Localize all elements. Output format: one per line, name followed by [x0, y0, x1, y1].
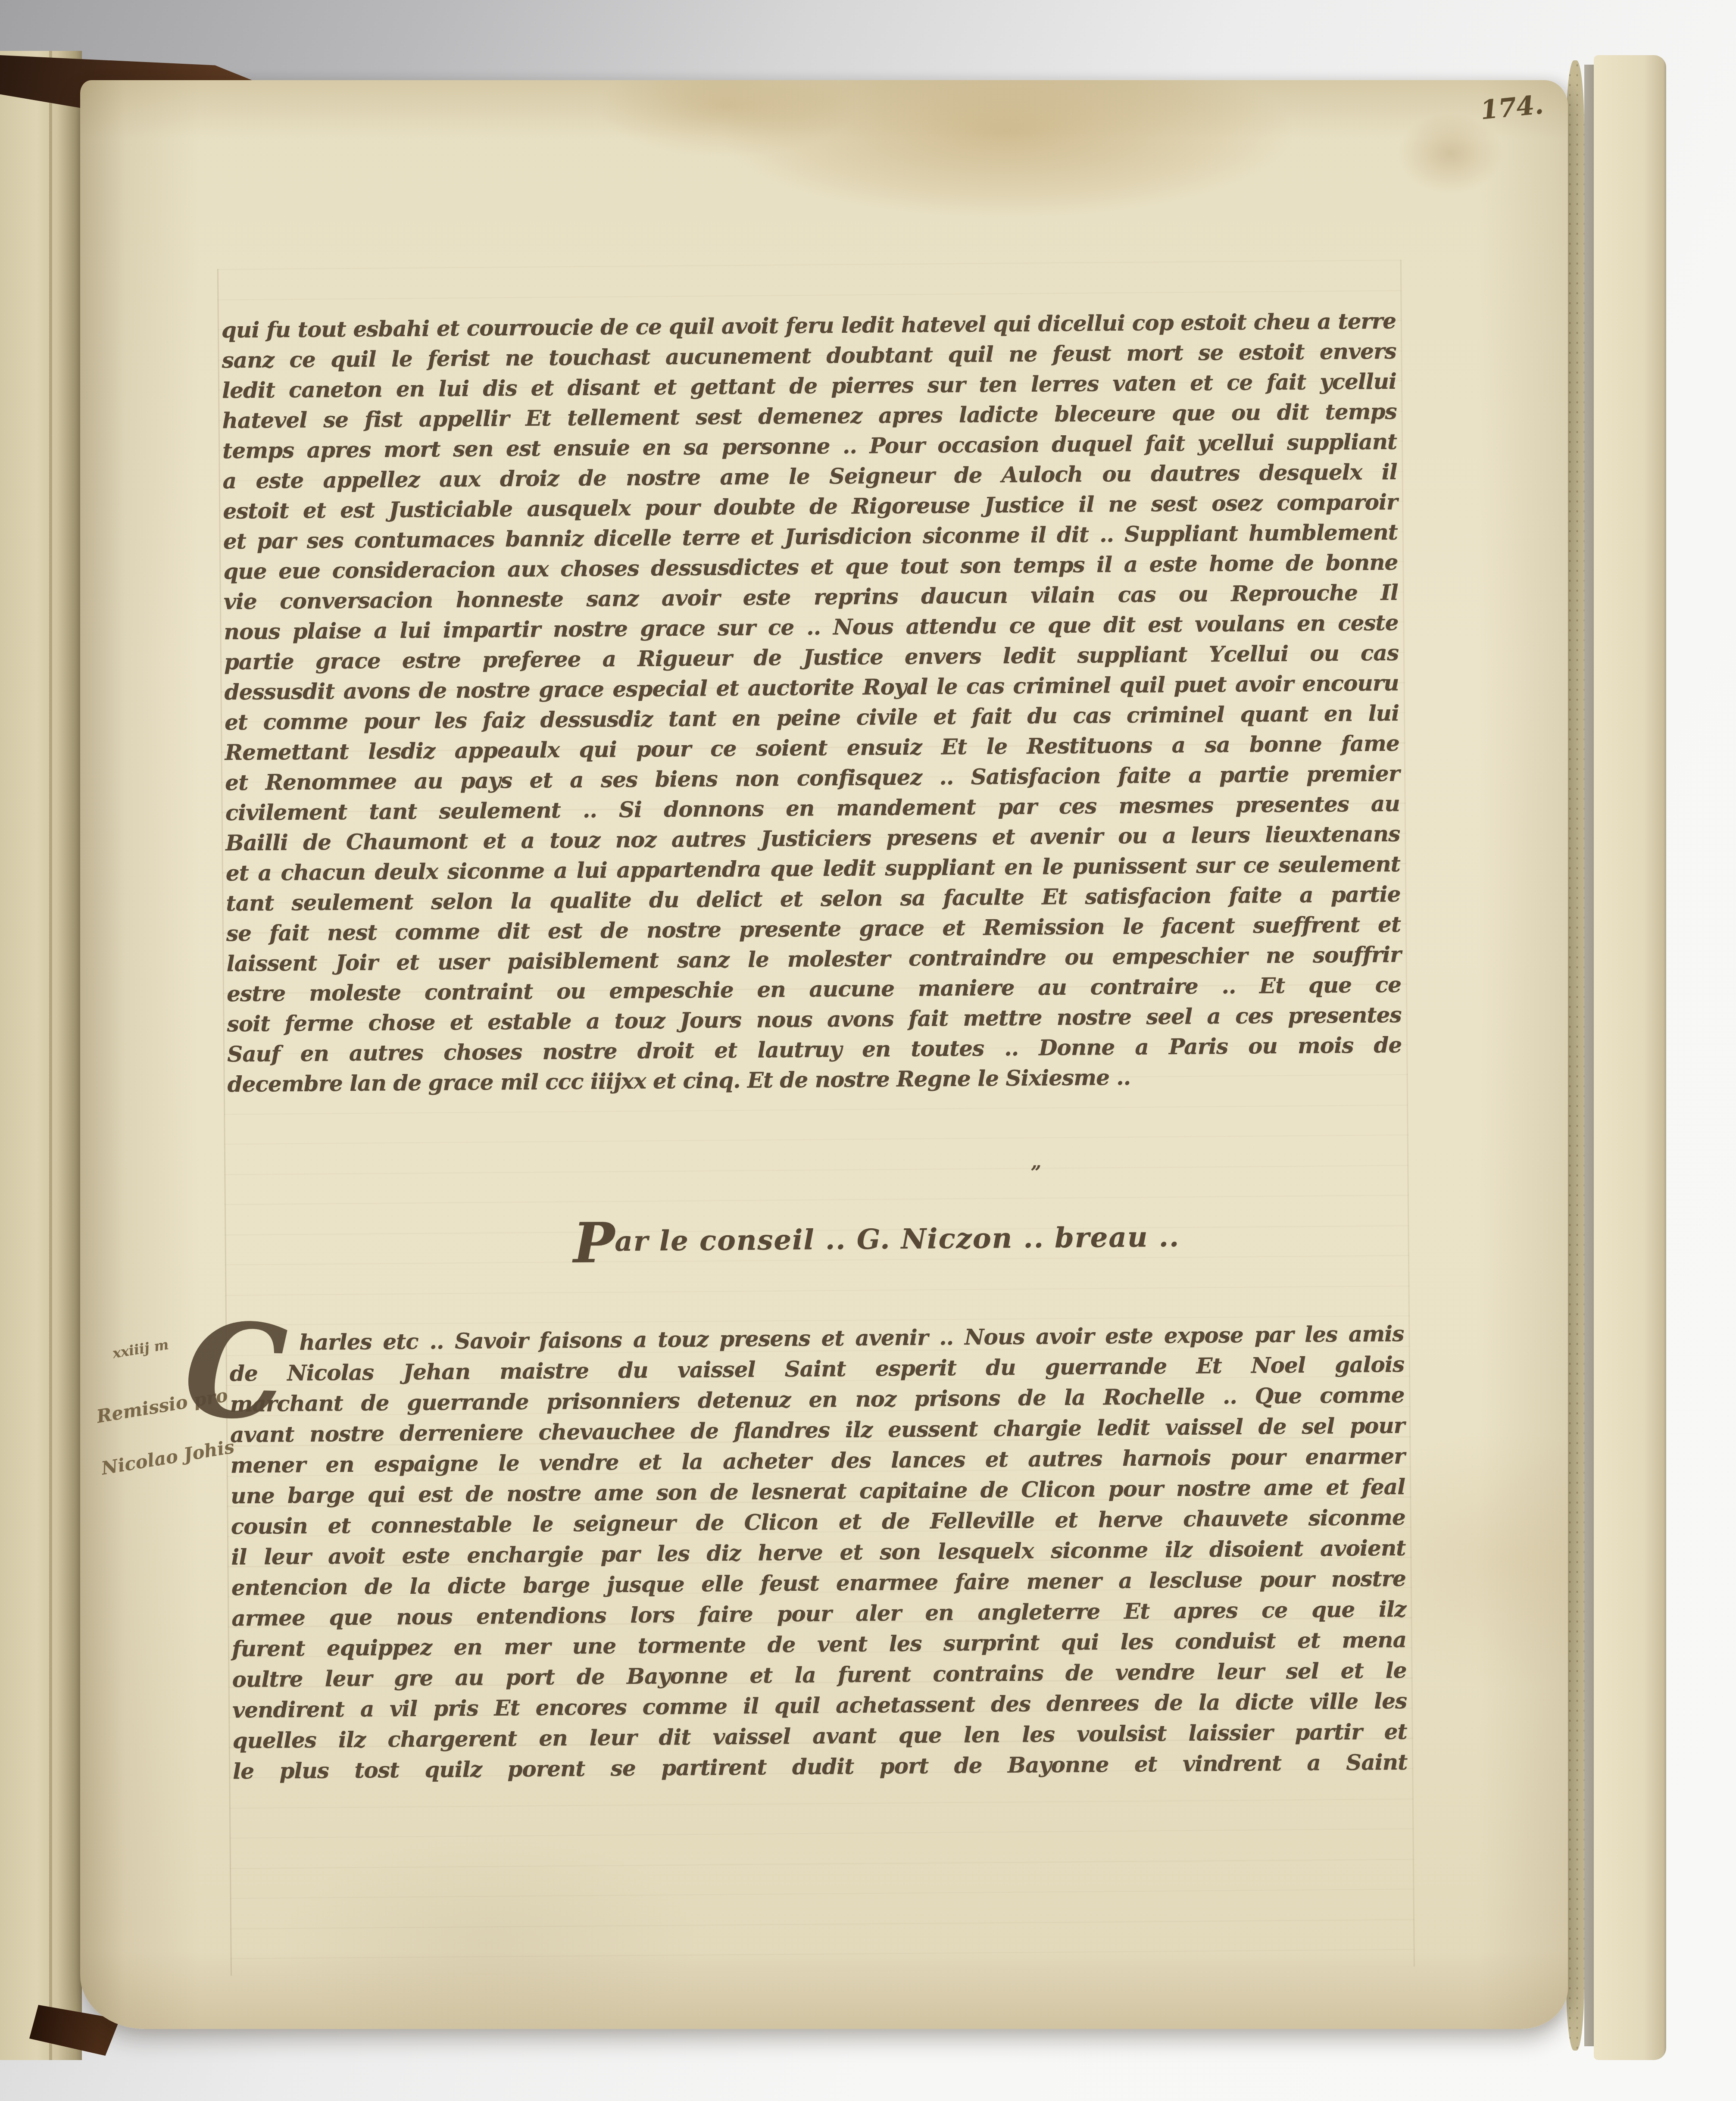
- letter2-text-block: harles etc .. Savoir faisons a touz pres…: [229, 1318, 1407, 1786]
- page-edge-stack-gray: [1584, 65, 1594, 2046]
- facing-page-gutter: [0, 51, 82, 2060]
- signature-initial: P: [573, 1211, 615, 1276]
- margin-note-numeral: xxiiij m: [111, 1336, 170, 1361]
- manuscript-photo: 174. xxiiij m Remissio pro Nicolao Johis…: [0, 0, 1736, 2101]
- signature-text: ar le conseil .. G. Niczon .. breau ..: [615, 1221, 1180, 1258]
- folio-number: 174.: [1479, 90, 1545, 126]
- letter1-text-block: qui fu tout esbahi et courroucie de ce q…: [222, 306, 1402, 1099]
- chancery-signature-line: Par le conseil .. G. Niczon .. breau ..: [497, 1205, 1256, 1276]
- manuscript-folio: 174. xxiiij m Remissio pro Nicolao Johis…: [80, 80, 1568, 2029]
- quire-mark: „: [1031, 1151, 1042, 1172]
- page-edge-stack-cream: [1594, 55, 1666, 2060]
- folio-content: 174. xxiiij m Remissio pro Nicolao Johis…: [78, 73, 1581, 2034]
